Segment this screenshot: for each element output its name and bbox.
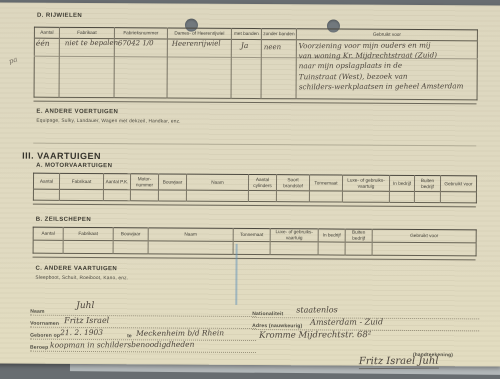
- handwritten-nationaliteit: staatenlos: [296, 305, 338, 314]
- header-cell: Fabrikaat: [59, 173, 103, 189]
- empty-cell: [59, 189, 103, 200]
- blue-pencil-line: [235, 244, 237, 305]
- empty-cell: [167, 57, 231, 98]
- empty-cell: [414, 192, 440, 203]
- header-cell: Naam: [186, 174, 248, 190]
- empty-cell: [186, 190, 248, 201]
- empty-cell: [342, 191, 389, 202]
- header-cell: Aantal P.K.: [103, 174, 130, 190]
- zeilschepen-table: Aantal Fabrikaat Bouwjaar Naam Tonnemaat…: [33, 227, 477, 257]
- handwritten-met-banden: Ja: [241, 41, 249, 50]
- header-cell: Gebruikt voor: [440, 176, 476, 192]
- header-cell: Gebruikt voor: [372, 229, 476, 243]
- header-cell: Fabrikaat: [63, 227, 113, 240]
- motorvaartuigen-empty-row: [33, 189, 476, 203]
- section-c-title: C. ANDERE VAARTUIGEN: [35, 266, 117, 272]
- handwritten-voornamen: Fritz Israel: [64, 316, 109, 325]
- header-cell: Bouwjaar: [158, 174, 186, 190]
- motorvaartuigen-table: Aantal Fabrikaat Aantal P.K. Motor- numm…: [33, 173, 477, 204]
- header-cell: Buiten bedrijf: [414, 176, 440, 192]
- empty-cell: [114, 57, 167, 98]
- empty-cell: [233, 241, 270, 254]
- section-a-title: A. MOTORVAARTUIGEN: [36, 163, 112, 169]
- empty-cell: [345, 242, 372, 255]
- table-bottom-rule: [34, 101, 477, 105]
- zeilschepen-empty-row: [33, 240, 476, 256]
- handwritten-gebruikt-voor: Voorziening voor mijn ouders en mij van …: [299, 40, 464, 92]
- header-cell: Aantal cylinders: [248, 174, 276, 190]
- header-cell: In bedrijf: [318, 229, 345, 242]
- empty-cell: [231, 57, 261, 98]
- empty-cell: [248, 190, 276, 201]
- beroep-label: Beroep: [30, 345, 48, 351]
- section-iii-title: III. VAARTUIGEN: [22, 151, 101, 161]
- empty-cell: [309, 191, 342, 202]
- empty-cell: [130, 190, 158, 201]
- empty-cell: [113, 241, 148, 254]
- adres2-field-row: Kromme Mijdrechtstr. 68²: [252, 329, 479, 344]
- empty-cell: [33, 189, 59, 200]
- handwritten-rijwiel-type: Heerenrijwiel: [172, 40, 221, 48]
- header-cell: Buiten bedrijf: [345, 229, 372, 242]
- header-cell: Tonnemaat: [309, 175, 342, 191]
- handwritten-adres-line2: Kromme Mijdrechtstr. 68²: [259, 330, 371, 341]
- section-b-title: B. ZEILSCHEPEN: [36, 217, 91, 223]
- handwritten-fabrikaat: niet te bepalen: [65, 39, 118, 47]
- form-paper: pa D. RIJWIELEN Aantal Fabrikaat Fabriek…: [0, 2, 500, 366]
- header-cell: Luxe- of gebruiks- vaartuig: [342, 175, 389, 191]
- margin-pencil-mark: pa: [8, 55, 19, 65]
- header-cell: In bedrijf: [389, 175, 414, 191]
- empty-cell: [270, 242, 318, 255]
- section-c-subtitle: Sleepboot, Schuit, Roeiboot, Kano, enz.: [35, 276, 128, 282]
- empty-cell: [389, 191, 414, 202]
- header-cell: Fabrieksnummer: [114, 28, 167, 39]
- empty-cell: [318, 242, 345, 255]
- empty-cell: [33, 240, 63, 253]
- empty-cell: [59, 56, 114, 97]
- empty-cell: [261, 58, 296, 99]
- handwritten-fabrieksnummer: 67042 1/0: [118, 39, 154, 47]
- handwritten-naam: Juhl: [76, 301, 94, 311]
- empty-cell: [158, 190, 186, 201]
- header-cell: Naam: [148, 228, 233, 242]
- handwritten-adres: Amsterdam - Zuid: [310, 317, 383, 326]
- empty-cell: [103, 190, 130, 201]
- empty-cell: [148, 241, 233, 255]
- header-cell: Aantal: [34, 27, 59, 38]
- table-bottom-rule: [33, 257, 476, 261]
- header-cell: Dames- of Heerenrijwiel: [167, 28, 231, 39]
- header-cell: zonder banden: [261, 29, 296, 40]
- empty-cell: [372, 242, 476, 256]
- section-d-title: D. RIJWIELEN: [37, 13, 82, 19]
- handwritten-beroep: koopman in schildersbenoodigdheden: [50, 340, 194, 350]
- section-e-rule: [33, 143, 476, 147]
- table-bottom-rule: [33, 204, 476, 208]
- header-cell: Luxe- of gebruiks- vaartuig: [270, 229, 318, 242]
- empty-cell: [63, 240, 113, 253]
- gebruikt-voor-line: schilders-werkplaatsen in geheel Amsterd…: [299, 81, 464, 92]
- header-cell: Aantal: [33, 173, 59, 189]
- header-cell: Bouwjaar: [113, 228, 148, 241]
- header-cell: Fabrikaat: [59, 27, 114, 38]
- header-cell: Soort brandstof: [276, 175, 309, 191]
- section-e-title: E. ANDERE VOERTUIGEN: [36, 109, 118, 115]
- handwritten-zonder-banden: neen: [264, 43, 281, 51]
- signature: Fritz Israel Juhl: [359, 356, 439, 369]
- handwritten-geboorteplaats: Meckenheim b/d Rhein: [136, 328, 224, 338]
- empty-cell: [276, 191, 309, 202]
- handwritten-geboortedatum: 21. 2. 1903: [60, 328, 103, 337]
- scanned-registration-form: { "colors": { "background": "#686d71", "…: [0, 0, 500, 379]
- section-e-subtitle: Equipage, Sulky, Landauer, Wagen met dek…: [36, 119, 180, 125]
- header-cell: Motor- nummer: [130, 174, 158, 190]
- handwritten-aantal: één: [36, 39, 50, 48]
- header-cell: Tonnemaat: [233, 228, 270, 241]
- beroep-field-row: Beroep koopman in schildersbenoodigdhede…: [30, 339, 256, 353]
- empty-cell: [34, 56, 59, 97]
- header-cell: met banden: [231, 28, 261, 39]
- empty-cell: [440, 192, 476, 203]
- header-cell: Aantal: [33, 227, 63, 240]
